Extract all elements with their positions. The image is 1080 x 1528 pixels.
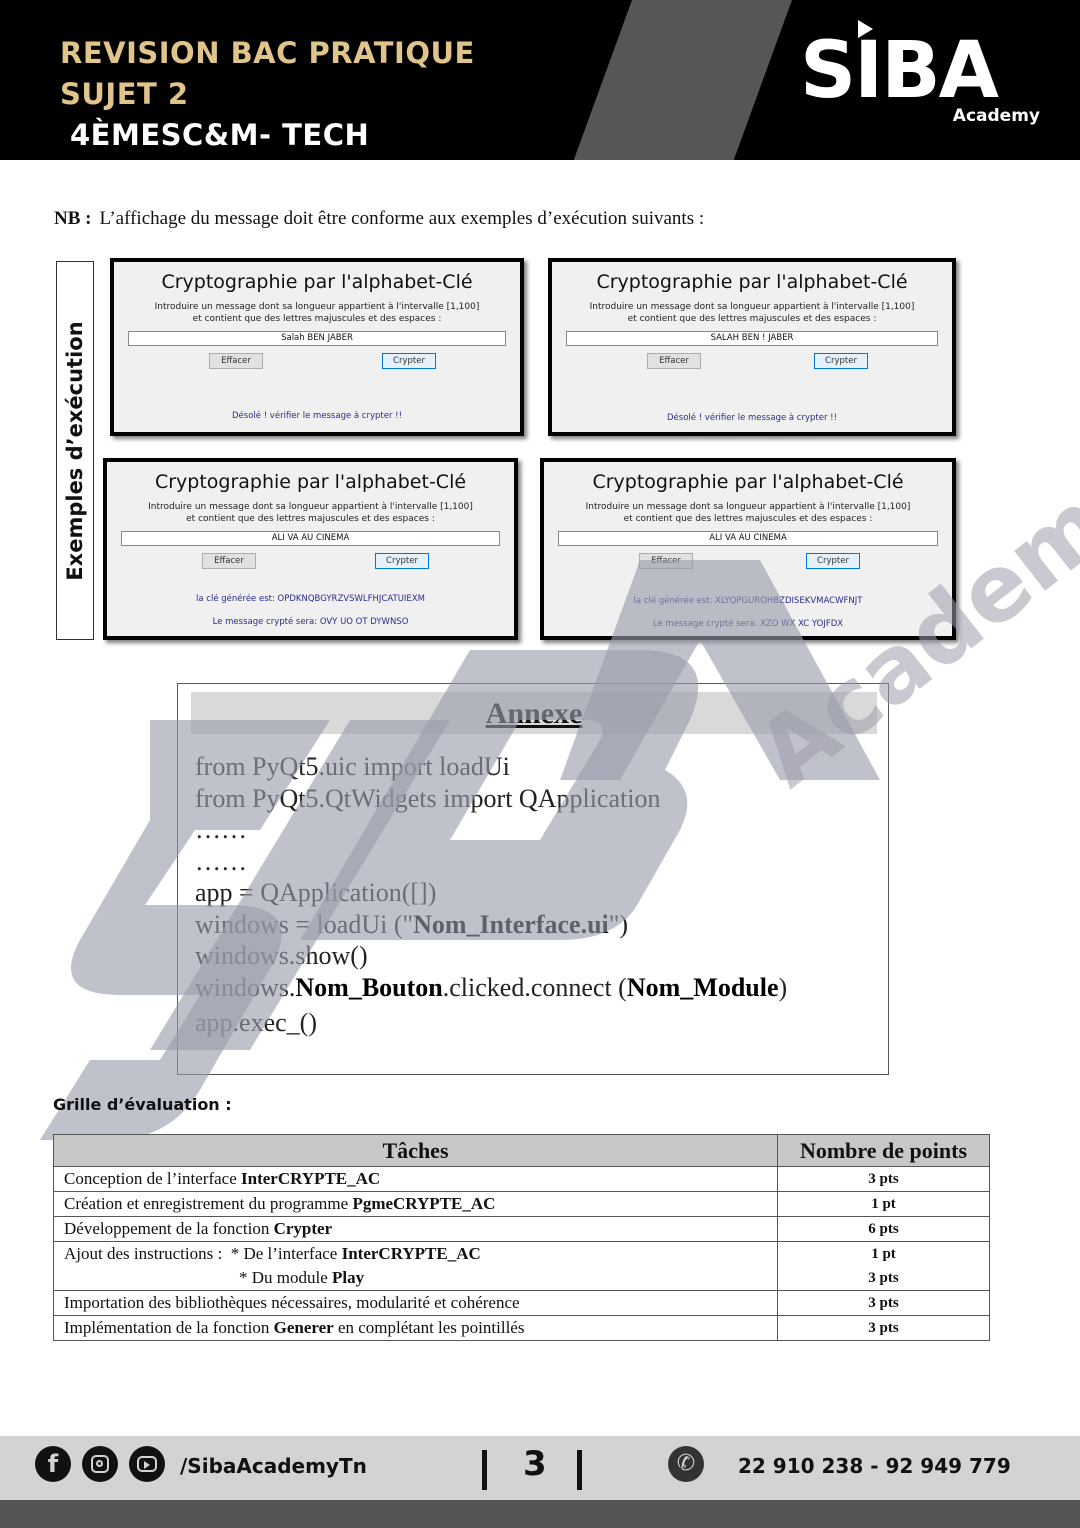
task-cell: Importation des bibliothèques nécessaire… xyxy=(54,1291,778,1316)
code-text: windows. xyxy=(195,973,295,1002)
examples-side-label: Exemples d’exécution xyxy=(56,261,94,640)
table-row: Conception de l’interface InterCRYPTE_AC… xyxy=(54,1167,990,1192)
table-row: Importation des bibliothèques nécessaire… xyxy=(54,1291,990,1316)
task-bold: InterCRYPTE_AC xyxy=(342,1244,481,1263)
code-line: app.exec_() xyxy=(195,1007,787,1039)
header-title-line2: SUJET 2 xyxy=(60,77,189,111)
generated-key-message: la clé générée est: XLYQPGUROHBZDISEKVMA… xyxy=(544,596,952,606)
code-text: .clicked.connect ( xyxy=(443,973,627,1002)
annexe-header: Annexe xyxy=(191,692,877,734)
code-line: from PyQt5.uic import loadUi xyxy=(195,751,787,783)
message-input[interactable]: SALAH BEN ! JABER xyxy=(566,331,938,346)
instagram-icon[interactable] xyxy=(82,1446,118,1482)
task-cell: Ajout des instructions : * De l’interfac… xyxy=(54,1242,778,1291)
youtube-icon[interactable] xyxy=(129,1446,165,1482)
header-decorative-stripe xyxy=(574,0,792,160)
code-line: windows = loadUi ("Nom_Interface.ui") xyxy=(195,909,787,941)
task-cell: Conception de l’interface InterCRYPTE_AC xyxy=(54,1167,778,1192)
result-message: Désolé ! vérifier le message à crypter !… xyxy=(114,411,520,421)
points-cell: 3 pts xyxy=(778,1167,990,1192)
examples-side-label-text: Exemples d’exécution xyxy=(63,321,87,580)
code-placeholder: Nom_Bouton xyxy=(295,973,442,1002)
encrypt-button[interactable]: Crypter xyxy=(806,553,860,569)
encrypt-button[interactable]: Crypter xyxy=(382,353,436,369)
app-title: Cryptographie par l'alphabet-Clé xyxy=(107,471,514,493)
task-text: Conception de l’interface xyxy=(64,1169,241,1188)
code-line: …… xyxy=(195,814,787,846)
table-row: Création et enregistrement du programme … xyxy=(54,1192,990,1217)
code-text: ) xyxy=(779,973,788,1002)
app-instructions: Introduire un message dont sa longueur a… xyxy=(544,501,952,525)
task-text: Implémentation de la fonction xyxy=(64,1318,274,1337)
task-cell: Implémentation de la fonction Generer en… xyxy=(54,1316,778,1341)
example-screenshot-3: Cryptographie par l'alphabet-Clé Introdu… xyxy=(103,458,518,640)
col-points: Nombre de points xyxy=(778,1135,990,1167)
task-bold: Generer xyxy=(274,1318,334,1337)
table-row: Implémentation de la fonction Generer en… xyxy=(54,1316,990,1341)
header-title-line3: 4ÈMESC&M- TECH xyxy=(70,118,369,152)
task-text: en complétant les pointillés xyxy=(334,1318,525,1337)
generated-key-message: la clé générée est: OPDKNQBGYRZVSWLFHJCA… xyxy=(107,594,514,604)
example-screenshot-2: Cryptographie par l'alphabet-Clé Introdu… xyxy=(548,258,956,436)
task-text: Développement de la fonction xyxy=(64,1219,274,1238)
instructions-line1: Introduire un message dont sa longueur a… xyxy=(544,501,952,513)
points-cell: 3 pts xyxy=(778,1291,990,1316)
encrypted-message: Le message crypté sera: XZO WX XC YOJFDX xyxy=(544,619,952,629)
result-message: Désolé ! vérifier le message à crypter !… xyxy=(552,413,952,423)
points-value: 1 pt xyxy=(788,1242,979,1266)
app-instructions: Introduire un message dont sa longueur a… xyxy=(552,301,952,325)
task-cell: Développement de la fonction Crypter xyxy=(54,1217,778,1242)
points-cell: 3 pts xyxy=(778,1316,990,1341)
instructions-line2: et contient que des lettres majuscules e… xyxy=(552,313,952,325)
clear-button[interactable]: Effacer xyxy=(647,353,701,369)
instructions-line1: Introduire un message dont sa longueur a… xyxy=(552,301,952,313)
annexe-code: from PyQt5.uic import loadUi from PyQt5.… xyxy=(195,751,787,1039)
message-input[interactable]: ALI VA AU CINEMA xyxy=(121,531,500,546)
points-cell: 1 pt 3 pts xyxy=(778,1242,990,1291)
code-line: windows.Nom_Bouton.clicked.connect (Nom_… xyxy=(195,972,787,1004)
header-title-line1: REVISION BAC PRATIQUE xyxy=(60,36,475,70)
encrypt-button[interactable]: Crypter xyxy=(814,353,868,369)
annexe-box: Annexe from PyQt5.uic import loadUi from… xyxy=(177,683,889,1075)
nb-note: NB :L’affichage du message doit être con… xyxy=(54,208,704,230)
page-header: REVISION BAC PRATIQUE SUJET 2 4ÈMESC&M- … xyxy=(0,0,1080,160)
instructions-line2: et contient que des lettres majuscules e… xyxy=(114,313,520,325)
instructions-line2: et contient que des lettres majuscules e… xyxy=(544,513,952,525)
annexe-title: Annexe xyxy=(486,697,583,730)
page-footer: f /SibaAcademyTn 3 ✆ 22 910 238 - 92 949… xyxy=(0,1436,1080,1500)
example-screenshot-1: Cryptographie par l'alphabet-Clé Introdu… xyxy=(110,258,524,436)
facebook-icon[interactable]: f xyxy=(35,1446,71,1482)
grid-header-row: Tâches Nombre de points xyxy=(54,1135,990,1167)
evaluation-grid: Tâches Nombre de points Conception de l’… xyxy=(53,1134,990,1341)
instructions-line1: Introduire un message dont sa longueur a… xyxy=(114,301,520,313)
task-bold: Crypter xyxy=(274,1219,333,1238)
instructions-line2: et contient que des lettres majuscules e… xyxy=(107,513,514,525)
nb-text: L’affichage du message doit être conform… xyxy=(99,208,704,229)
task-bold: PgmeCRYPTE_AC xyxy=(352,1194,495,1213)
nb-label: NB : xyxy=(54,208,91,229)
page-divider-left xyxy=(482,1450,487,1490)
siba-logo: SIBA Academy xyxy=(800,18,1040,128)
task-text: Création et enregistrement du programme xyxy=(64,1194,352,1213)
app-title: Cryptographie par l'alphabet-Clé xyxy=(114,271,520,293)
page-number: 3 xyxy=(523,1444,547,1484)
task-bold: InterCRYPTE_AC xyxy=(241,1169,380,1188)
instructions-line1: Introduire un message dont sa longueur a… xyxy=(107,501,514,513)
points-value: 3 pts xyxy=(788,1266,979,1290)
app-instructions: Introduire un message dont sa longueur a… xyxy=(107,501,514,525)
code-line: app = QApplication([]) xyxy=(195,877,787,909)
task-text: Ajout des instructions : * De l’interfac… xyxy=(64,1244,342,1263)
code-text: windows = loadUi (" xyxy=(195,910,413,939)
message-input[interactable]: Salah BEN JABER xyxy=(128,331,506,346)
app-title: Cryptographie par l'alphabet-Clé xyxy=(544,471,952,493)
social-handle[interactable]: /SibaAcademyTn xyxy=(180,1454,367,1478)
clear-button[interactable]: Effacer xyxy=(639,553,693,569)
code-placeholder: Nom_Interface.ui xyxy=(413,910,609,939)
footer-bottom-bar xyxy=(0,1500,1080,1528)
encrypt-button[interactable]: Crypter xyxy=(375,553,429,569)
col-tasks: Tâches xyxy=(54,1135,778,1167)
grid-title: Grille d’évaluation : xyxy=(53,1095,232,1114)
phone-icon: ✆ xyxy=(668,1446,704,1482)
encrypted-message: Le message crypté sera: OVY UO OT DYWNSO xyxy=(107,617,514,627)
message-input[interactable]: ALI VA AU CINEMA xyxy=(558,531,938,546)
task-bold: Play xyxy=(332,1268,364,1287)
example-screenshot-4: Cryptographie par l'alphabet-Clé Introdu… xyxy=(540,458,956,640)
clear-button[interactable]: Effacer xyxy=(202,553,256,569)
task-text: Importation des bibliothèques nécessaire… xyxy=(64,1293,520,1312)
code-line: …… xyxy=(195,846,787,878)
code-line: from PyQt5.QtWidgets import QApplication xyxy=(195,783,787,815)
task-text: * Du module xyxy=(239,1268,332,1287)
table-row: Développement de la fonction Crypter 6 p… xyxy=(54,1217,990,1242)
app-instructions: Introduire un message dont sa longueur a… xyxy=(114,301,520,325)
app-title: Cryptographie par l'alphabet-Clé xyxy=(552,271,952,293)
points-cell: 1 pt xyxy=(778,1192,990,1217)
code-line: windows.show() xyxy=(195,940,787,972)
table-row: Ajout des instructions : * De l’interfac… xyxy=(54,1242,990,1291)
task-cell: Création et enregistrement du programme … xyxy=(54,1192,778,1217)
page-divider-right xyxy=(577,1450,582,1490)
points-cell: 6 pts xyxy=(778,1217,990,1242)
clear-button[interactable]: Effacer xyxy=(209,353,263,369)
phone-numbers: 22 910 238 - 92 949 779 xyxy=(738,1454,1011,1478)
logo-subtitle: Academy xyxy=(953,106,1040,126)
code-placeholder: Nom_Module xyxy=(627,973,779,1002)
logo-text: SIBA xyxy=(800,32,997,110)
code-text: ") xyxy=(609,910,628,939)
